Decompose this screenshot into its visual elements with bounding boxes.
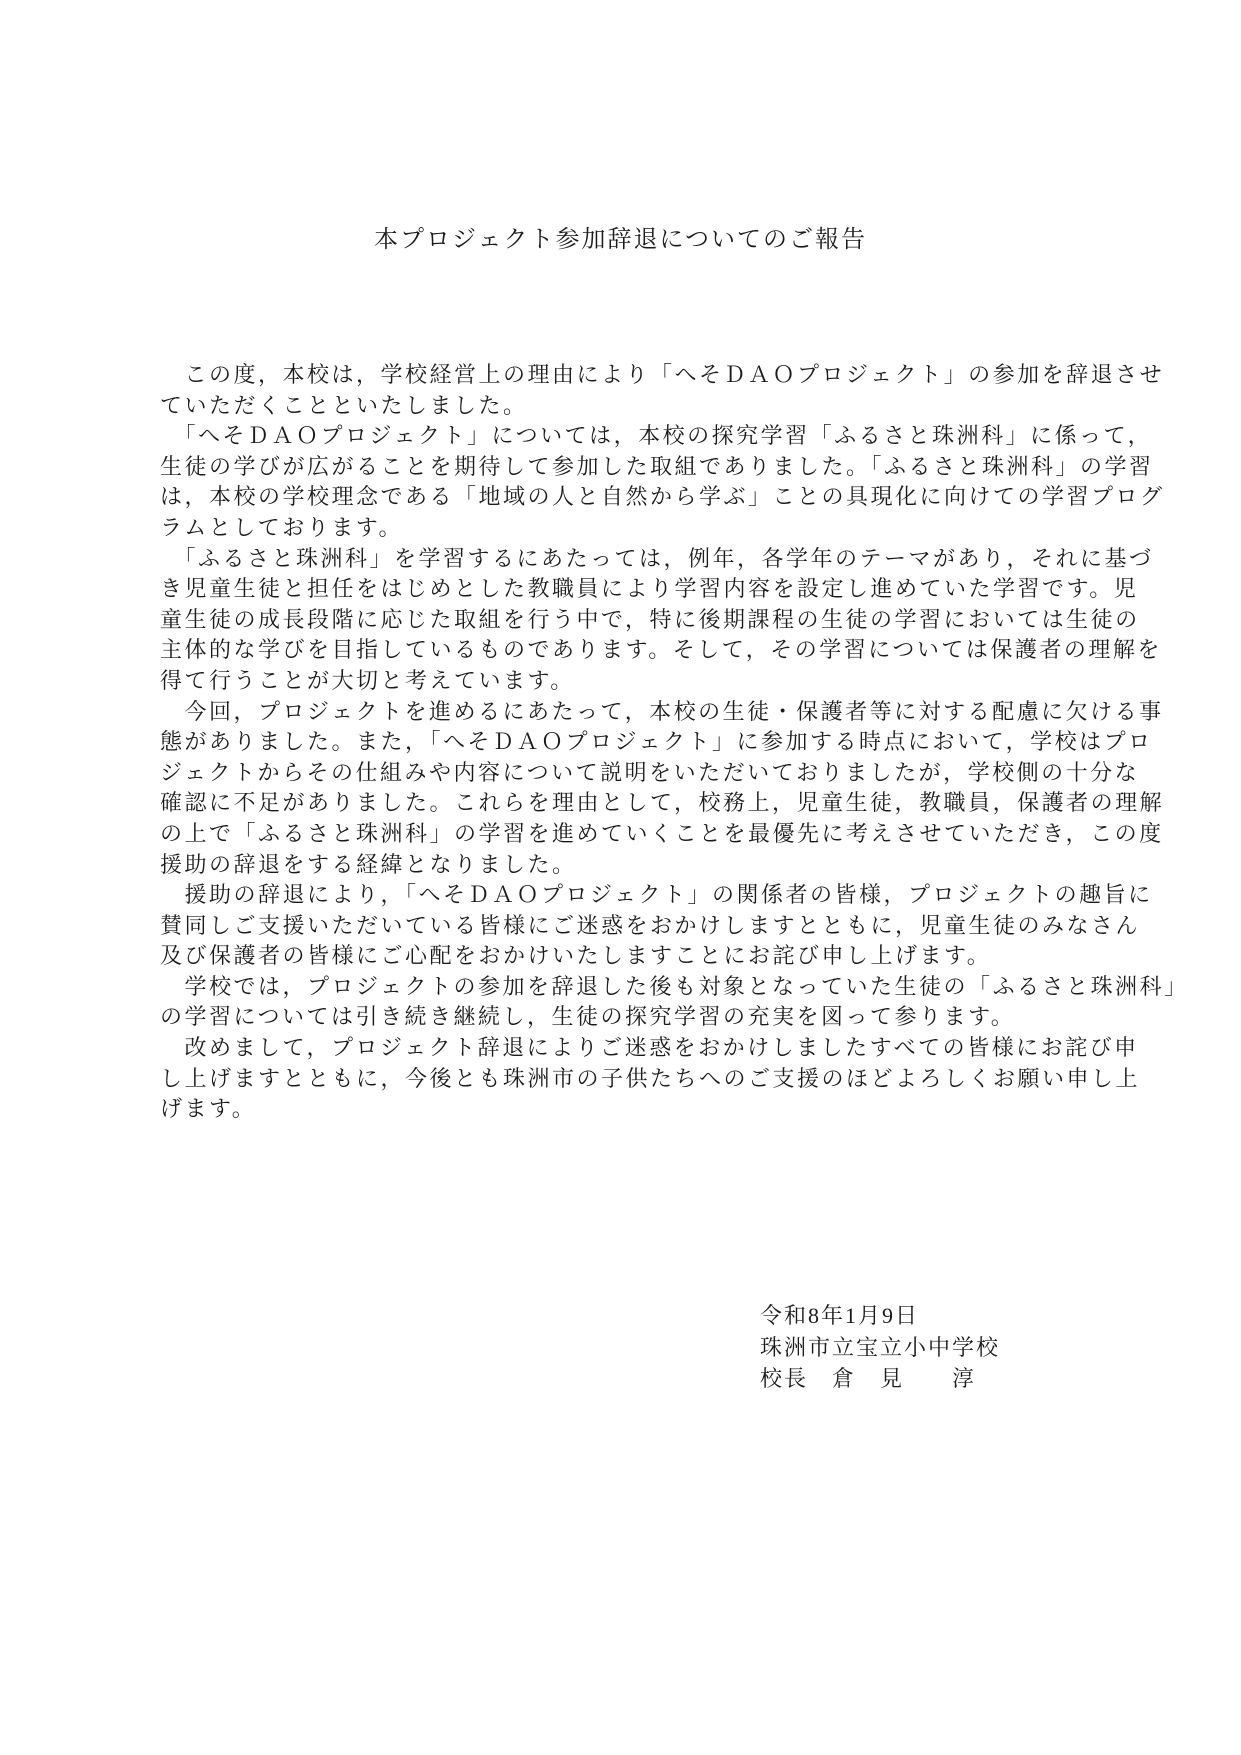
body-line: 態がありました。また，「へそＤＡＯプロジェクト」に参加する時点において，学校はプ… <box>160 727 1170 758</box>
signature-block: 令和8年1月9日 珠洲市立宝立小中学校 校長 倉 見 淳 <box>760 1300 1000 1395</box>
body-line: 得て行うことが大切と考えています。 <box>160 666 1170 697</box>
body-line: 賛同しご支援いただいている皆様にご迷惑をおかけしますとともに，児童生徒のみなさん <box>160 911 1170 942</box>
body-line: 改めまして，プロジェクト辞退によりご迷惑をおかけしましたすべての皆様にお詫び申 <box>160 1033 1170 1064</box>
body-line: 援助の辞退をする経緯となりました。 <box>160 850 1170 881</box>
body-line: 今回，プロジェクトを進めるにあたって，本校の生徒・保護者等に対する配慮に欠ける事 <box>160 697 1170 728</box>
body-line: げます。 <box>160 1094 1170 1125</box>
body-line: の上で「ふるさと珠洲科」の学習を進めていくことを最優先に考えさせていただき，この… <box>160 819 1170 850</box>
page-title: 本プロジェクト参加辞退についてのご報告 <box>0 219 1241 254</box>
document-body: この度，本校は，学校経営上の理由により「へそＤＡＯプロジェクト」の参加を辞退させ… <box>160 360 1170 1125</box>
body-line: 主体的な学びを目指しているものであります。そして，その学習については保護者の理解… <box>160 635 1170 666</box>
body-line: 学校では，プロジェクトの参加を辞退した後も対象となっていた生徒の「ふるさと珠洲科… <box>160 972 1170 1003</box>
body-line: 「へそＤＡＯプロジェクト」については，本校の探究学習「ふるさと珠洲科」に係って， <box>160 421 1170 452</box>
body-line: 生徒の学びが広がることを期待して参加した取組でありました。「ふるさと珠洲科」の学… <box>160 452 1170 483</box>
body-line: 及び保護者の皆様にご心配をおかけいたしますことにお詫び申し上げます。 <box>160 941 1170 972</box>
signature-principal: 校長 倉 見 淳 <box>760 1363 1000 1395</box>
body-line: 童生徒の成長段階に応じた取組を行う中で，特に後期課程の生徒の学習においては生徒の <box>160 605 1170 636</box>
signature-date: 令和8年1月9日 <box>760 1300 1000 1332</box>
body-line: この度，本校は，学校経営上の理由により「へそＤＡＯプロジェクト」の参加を辞退させ <box>160 360 1170 391</box>
body-line: 援助の辞退により，「へそＤＡＯプロジェクト」の関係者の皆様，プロジェクトの趣旨に <box>160 880 1170 911</box>
body-line: ラムとしております。 <box>160 513 1170 544</box>
body-line: ていただくことといたしました。 <box>160 391 1170 422</box>
body-line: 「ふるさと珠洲科」を学習するにあたっては，例年，各学年のテーマがあり，それに基づ <box>160 544 1170 575</box>
body-line: ジェクトからその仕組みや内容について説明をいただいておりましたが，学校側の十分な <box>160 758 1170 789</box>
signature-school: 珠洲市立宝立小中学校 <box>760 1332 1000 1364</box>
body-line: 確認に不足がありました。これらを理由として，校務上，児童生徒，教職員，保護者の理… <box>160 788 1170 819</box>
body-line: し上げますとともに，今後とも珠洲市の子供たちへのご支援のほどよろしくお願い申し上 <box>160 1064 1170 1095</box>
body-line: の学習については引き続き継続し，生徒の探究学習の充実を図って参ります。 <box>160 1002 1170 1033</box>
body-line: き児童生徒と担任をはじめとした教職員により学習内容を設定し進めていた学習です。児 <box>160 574 1170 605</box>
body-line: は，本校の学校理念である「地域の人と自然から学ぶ」ことの具現化に向けての学習プロ… <box>160 482 1170 513</box>
document-page: 本プロジェクト参加辞退についてのご報告 この度，本校は，学校経営上の理由により「… <box>0 0 1241 1755</box>
